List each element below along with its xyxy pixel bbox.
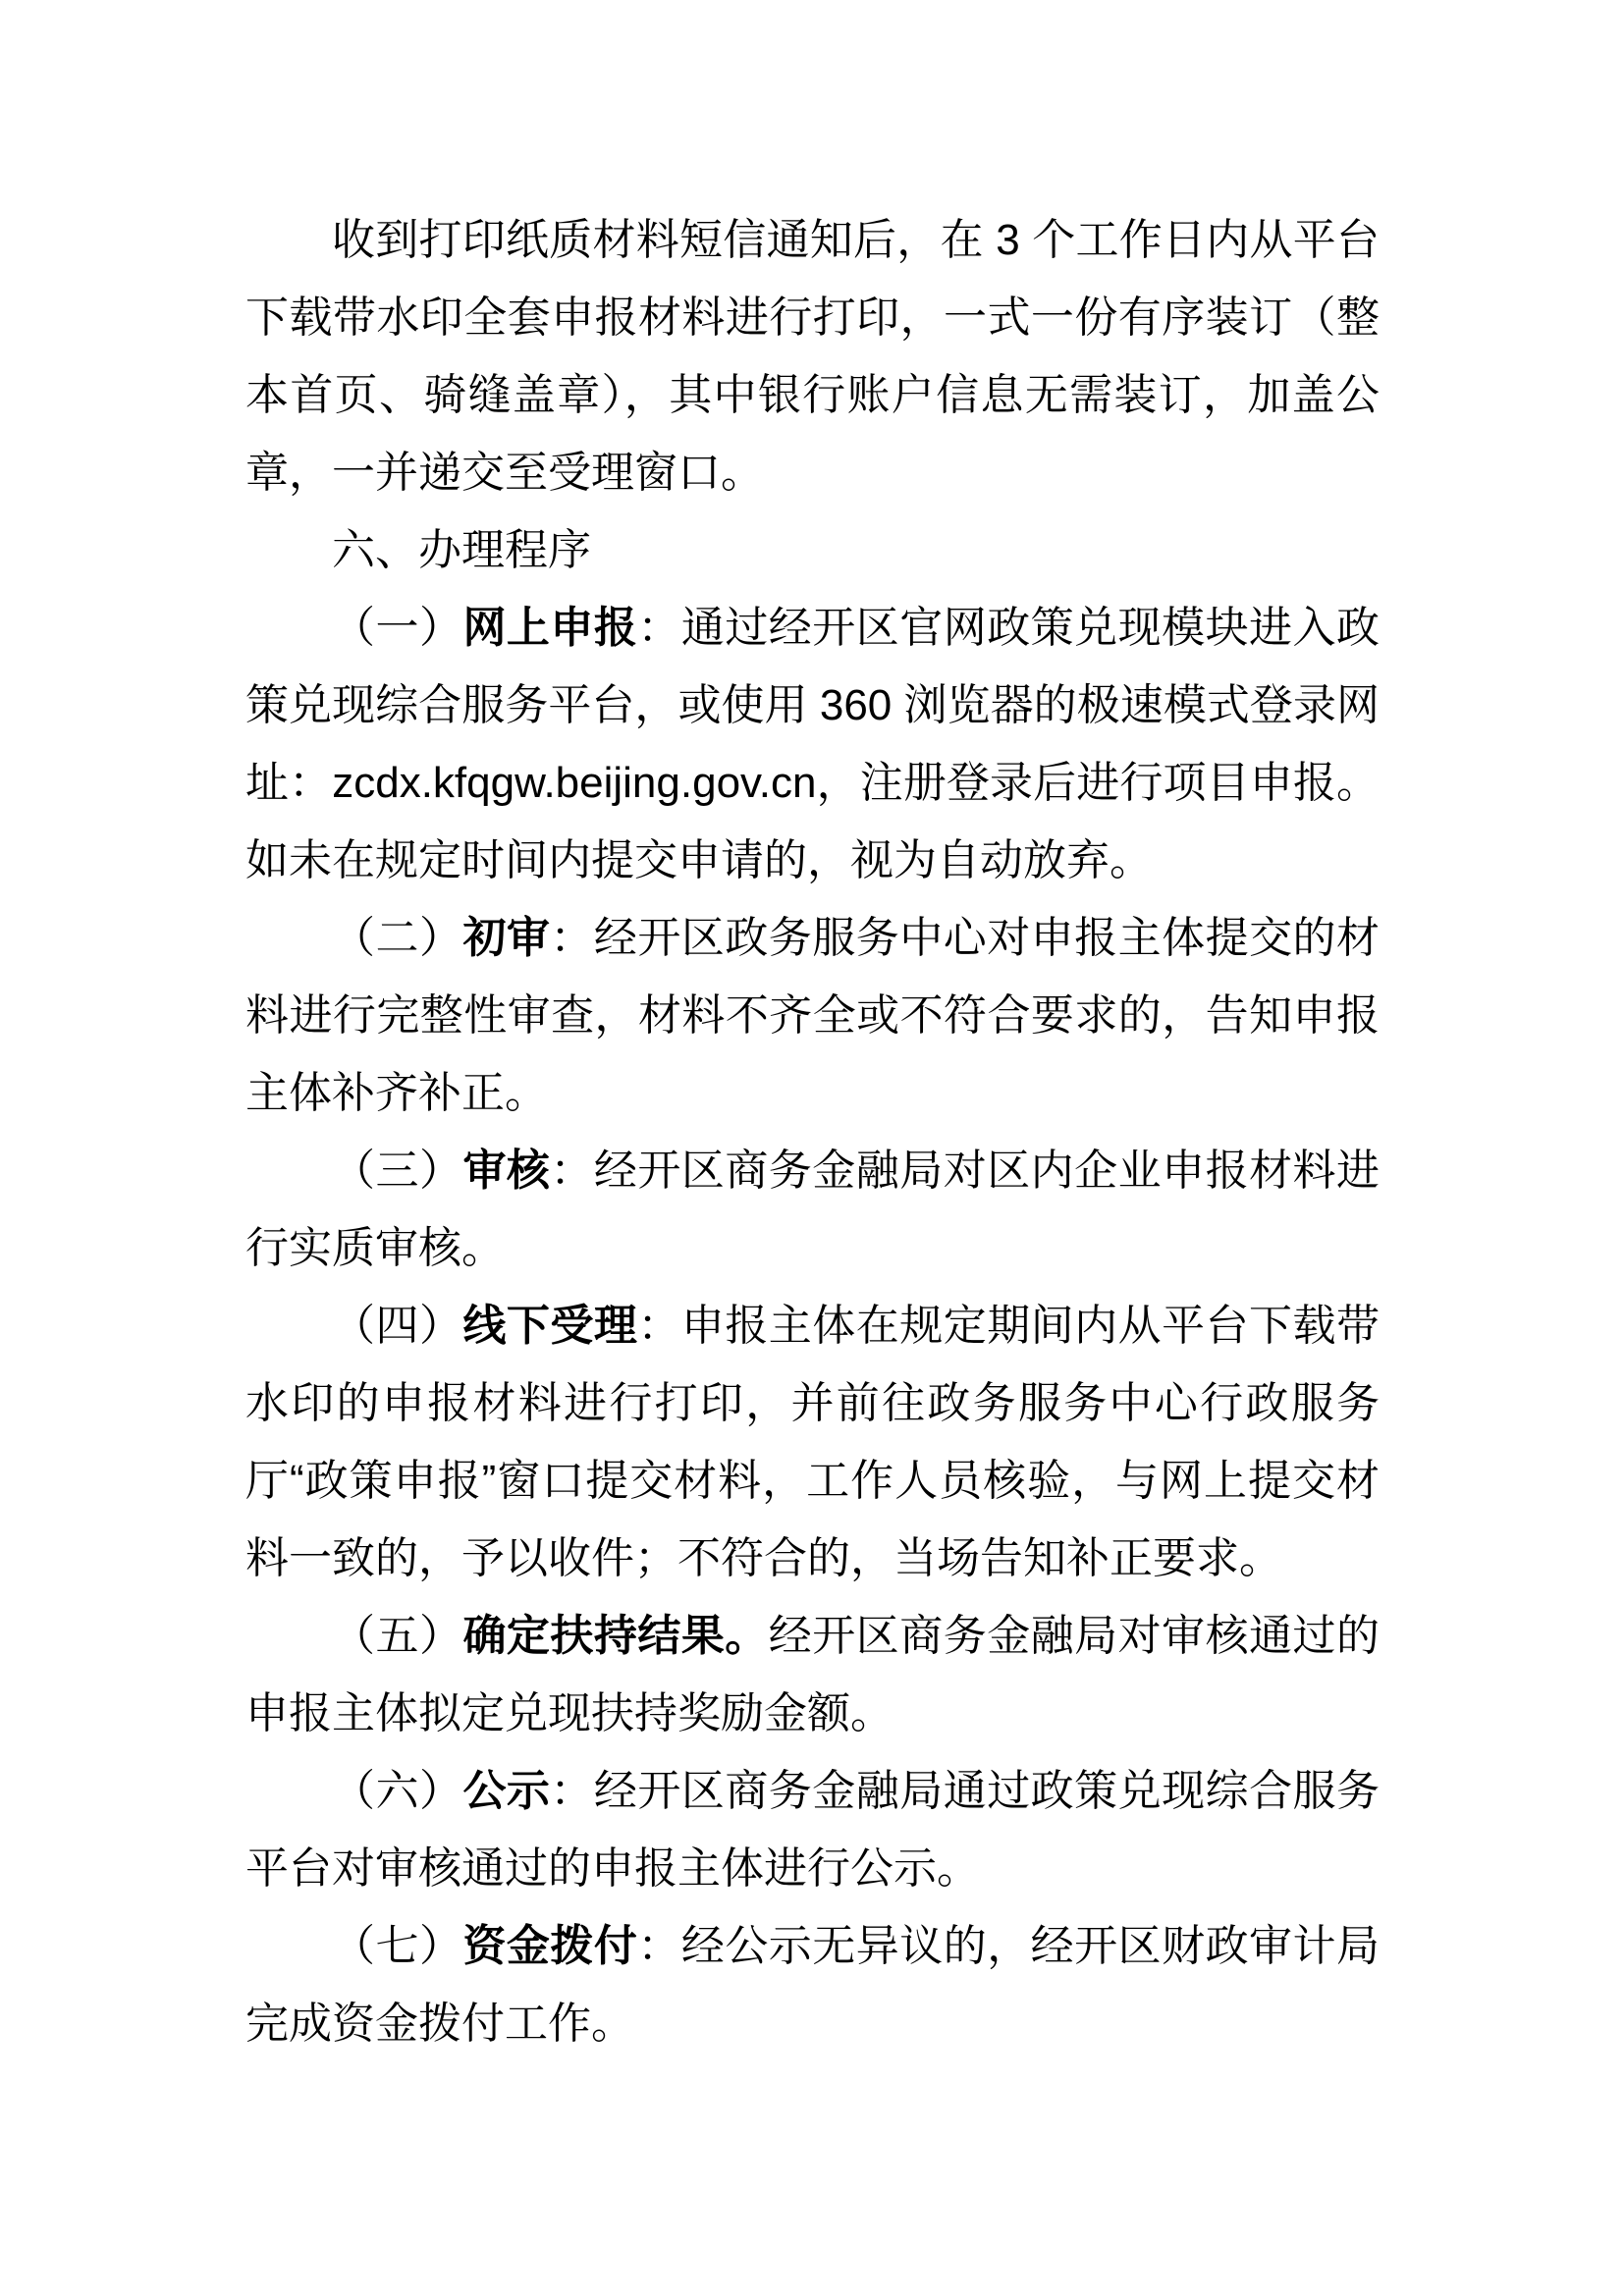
item-separator: ：: [637, 1302, 680, 1350]
item-separator: ：: [637, 1922, 680, 1970]
item-separator: ：: [550, 914, 593, 962]
item-separator: ：: [550, 1147, 593, 1195]
item-number: （二）: [332, 914, 462, 962]
body-paragraph: 收到打印纸质材料短信通知后，在 3 个工作日内从平台下载带水印全套申报材料进行打…: [245, 201, 1380, 511]
numbered-item: （三）审核：经开区商务金融局对区内企业申报材料进行实质审核。: [245, 1132, 1380, 1287]
item-number: （五）: [332, 1612, 462, 1660]
item-number: （七）: [332, 1922, 462, 1970]
item-number: （四）: [332, 1302, 462, 1350]
numbered-item: （五）确定扶持结果。经开区商务金融局对审核通过的申报主体拟定兑现扶持奖励金额。: [245, 1597, 1380, 1752]
section-heading: 六、办理程序: [245, 511, 1380, 589]
item-term: 资金拨付: [462, 1922, 637, 1970]
item-separator: ：: [637, 604, 680, 652]
numbered-item: （二）初审：经开区政务服务中心对申报主体提交的材料进行完整性审查，材料不齐全或不…: [245, 899, 1380, 1132]
item-term: 审核: [462, 1147, 550, 1195]
item-number: （一）: [332, 604, 462, 652]
numbered-item: （一）网上申报：通过经开区官网政策兑现模块进入政策兑现综合服务平台，或使用 36…: [245, 589, 1380, 899]
item-term: 公示: [462, 1767, 550, 1815]
item-term: 网上申报: [462, 604, 637, 652]
item-term: 确定扶持结果。: [462, 1612, 768, 1660]
item-term: 线下受理: [462, 1302, 637, 1350]
document-body: 收到打印纸质材料短信通知后，在 3 个工作日内从平台下载带水印全套申报材料进行打…: [245, 201, 1380, 2062]
item-separator: ：: [550, 1767, 593, 1815]
item-number: （六）: [332, 1767, 462, 1815]
item-term: 初审: [462, 914, 550, 962]
document-page: 收到打印纸质材料短信通知后，在 3 个工作日内从平台下载带水印全套申报材料进行打…: [0, 0, 1624, 2296]
item-number: （三）: [332, 1147, 462, 1195]
numbered-item: （四）线下受理：申报主体在规定期间内从平台下载带水印的申报材料进行打印，并前往政…: [245, 1287, 1380, 1597]
numbered-item: （六）公示：经开区商务金融局通过政策兑现综合服务平台对审核通过的申报主体进行公示…: [245, 1752, 1380, 1907]
numbered-item: （七）资金拨付：经公示无异议的，经开区财政审计局完成资金拨付工作。: [245, 1907, 1380, 2062]
